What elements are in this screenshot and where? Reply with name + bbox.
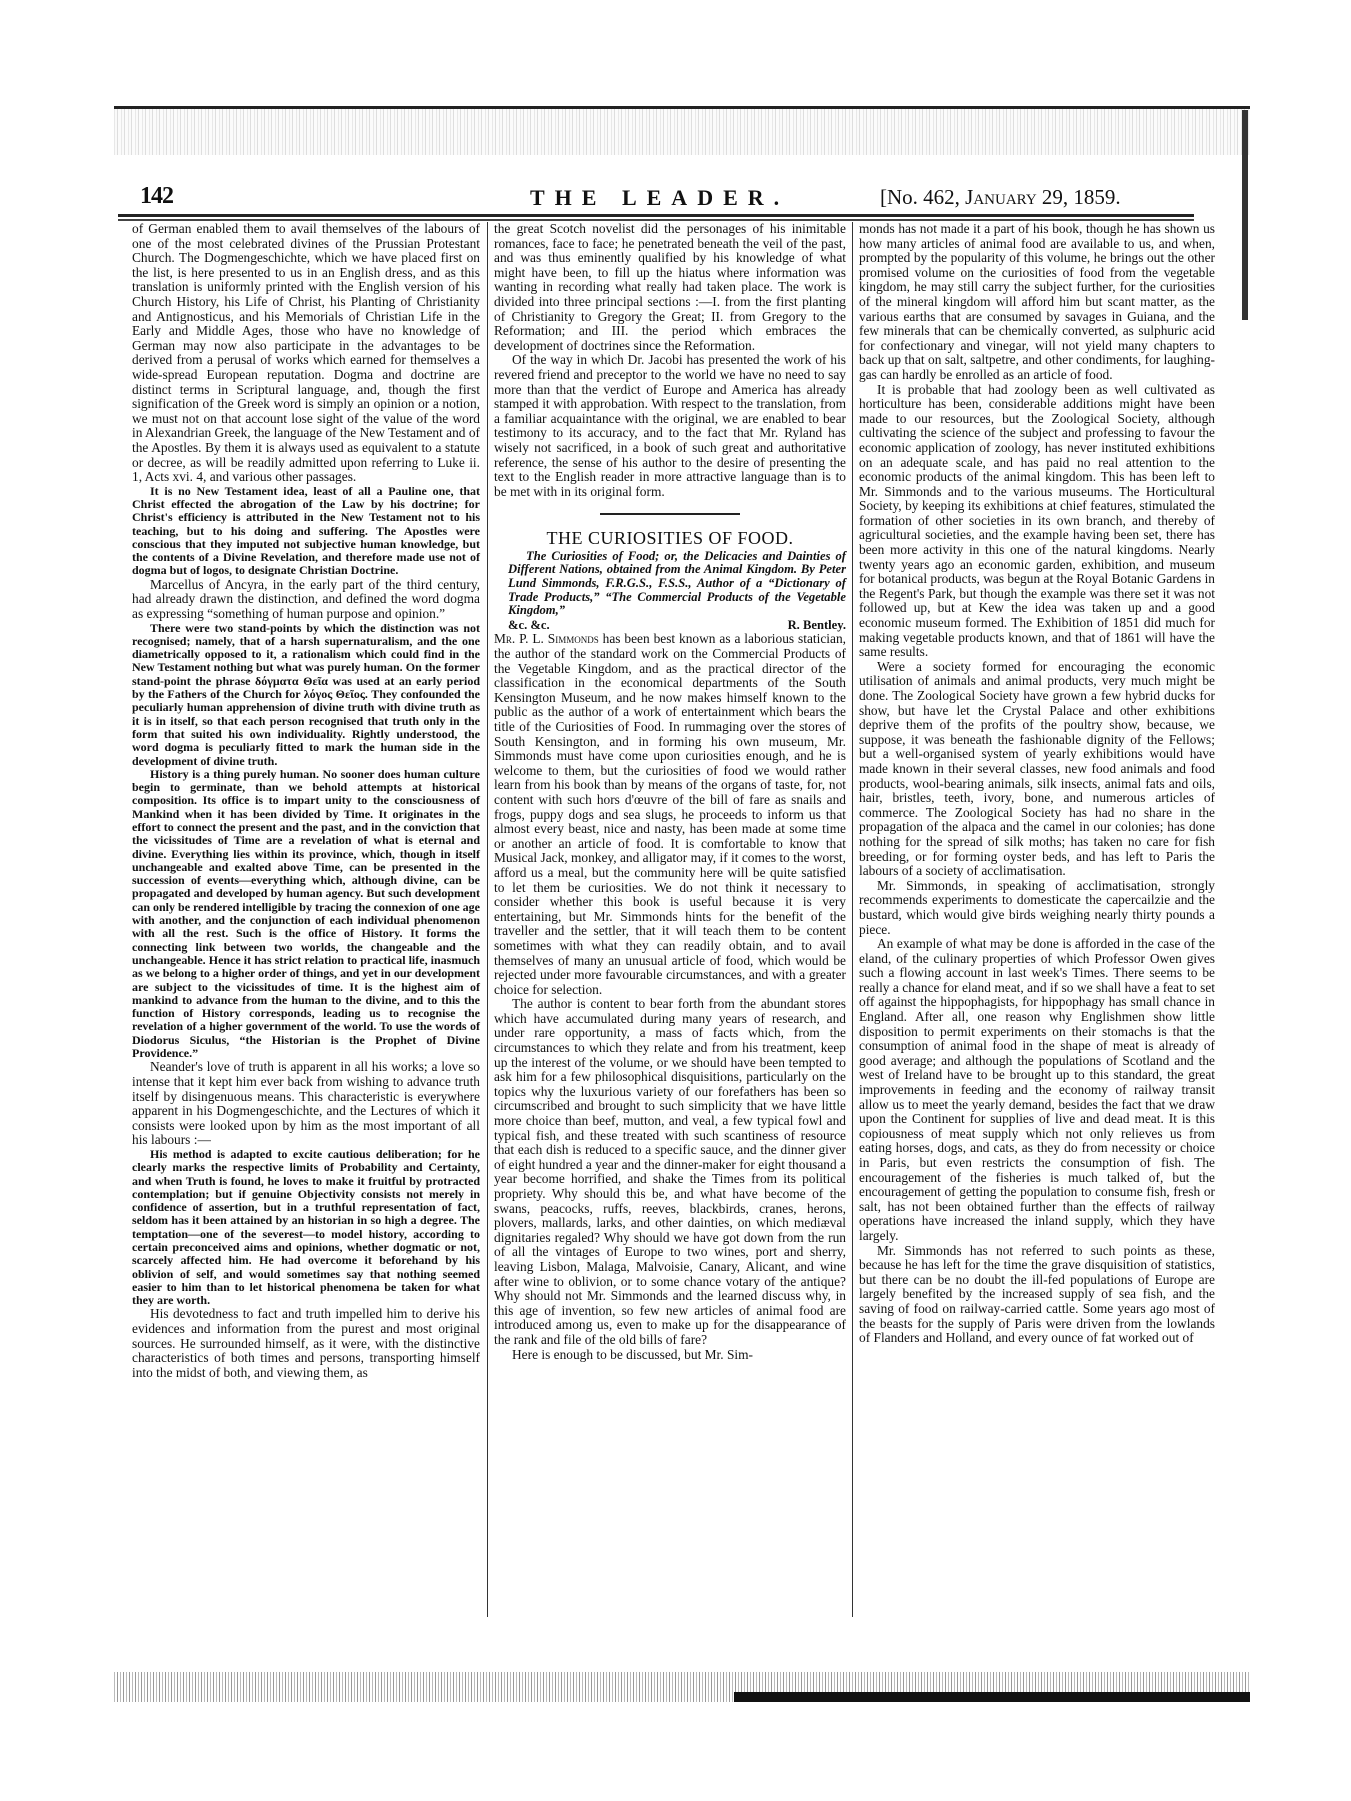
column-divider [852, 222, 853, 1617]
book-citation: The Curiosities of Food; or, the Delicac… [494, 550, 846, 618]
paragraph: An example of what may be done is afford… [859, 937, 1215, 1243]
scan-edge-right [1242, 110, 1248, 320]
issue-info: [No. 462, January 29, 1859. [880, 185, 1121, 210]
paragraph: Were a society formed for encouraging th… [859, 660, 1215, 879]
header-rule [118, 214, 1194, 217]
paragraph: The author is content to bear forth from… [494, 997, 846, 1347]
paragraph: It is probable that had zoology been as … [859, 383, 1215, 660]
issue-date: January 29, 1859. [965, 185, 1121, 209]
paragraph: the great Scotch novelist did the person… [494, 222, 846, 353]
column-divider [487, 222, 488, 1617]
paragraph: Mr. Simmonds, in speaking of acclimatisa… [859, 879, 1215, 937]
paragraph: Marcellus of Ancyra, in the early part o… [132, 578, 480, 622]
quoted-paragraph: His method is adapted to excite cautious… [132, 1148, 480, 1308]
column-1: of German enabled them to avail themselv… [132, 222, 480, 1622]
paragraph: His devotedness to fact and truth impell… [132, 1307, 480, 1380]
book-publisher: R. Bentley. [788, 618, 846, 633]
quoted-paragraph: There were two stand-points by which the… [132, 622, 480, 768]
paragraph: Of the way in which Dr. Jacobi has prese… [494, 353, 846, 499]
column-2: the great Scotch novelist did the person… [494, 222, 846, 1622]
masthead: 142 THE LEADER. [No. 462, January 29, 18… [140, 183, 1210, 213]
scan-edge-top [114, 106, 1250, 155]
column-3: monds has not made it a part of his book… [859, 222, 1215, 1622]
article-columns: of German enabled them to avail themselv… [132, 222, 1212, 1622]
paragraph: Here is enough to be discussed, but Mr. … [494, 1348, 846, 1363]
paragraph: Mr. P. L. Simmonds has been best known a… [494, 632, 846, 997]
paragraph: Neander's love of truth is apparent in a… [132, 1060, 480, 1148]
section-divider [600, 513, 740, 515]
quoted-paragraph: It is no New Testament idea, least of al… [132, 485, 480, 578]
paragraph-body: has been best known as a laborious stati… [494, 631, 846, 996]
publication-title: THE LEADER. [530, 185, 789, 211]
paragraph: Mr. Simmonds has not referred to such po… [859, 1244, 1215, 1346]
issue-number: [No. 462, [880, 185, 965, 209]
page-number: 142 [140, 183, 173, 210]
paragraph: monds has not made it a part of his book… [859, 222, 1215, 383]
book-etc: &c. &c. [508, 618, 550, 633]
quoted-paragraph: History is a thing purely human. No soon… [132, 768, 480, 1061]
scan-edge-bottom [114, 1672, 1250, 1702]
book-citation-text: The Curiosities of Food; or, the Delicac… [508, 549, 846, 617]
book-publisher-line: &c. &c. R. Bentley. [494, 618, 846, 633]
paragraph: of German enabled them to avail themselv… [132, 222, 480, 485]
article-title: THE CURIOSITIES OF FOOD. [494, 531, 846, 546]
lead-in: Mr. P. L. Simmonds [494, 631, 599, 646]
